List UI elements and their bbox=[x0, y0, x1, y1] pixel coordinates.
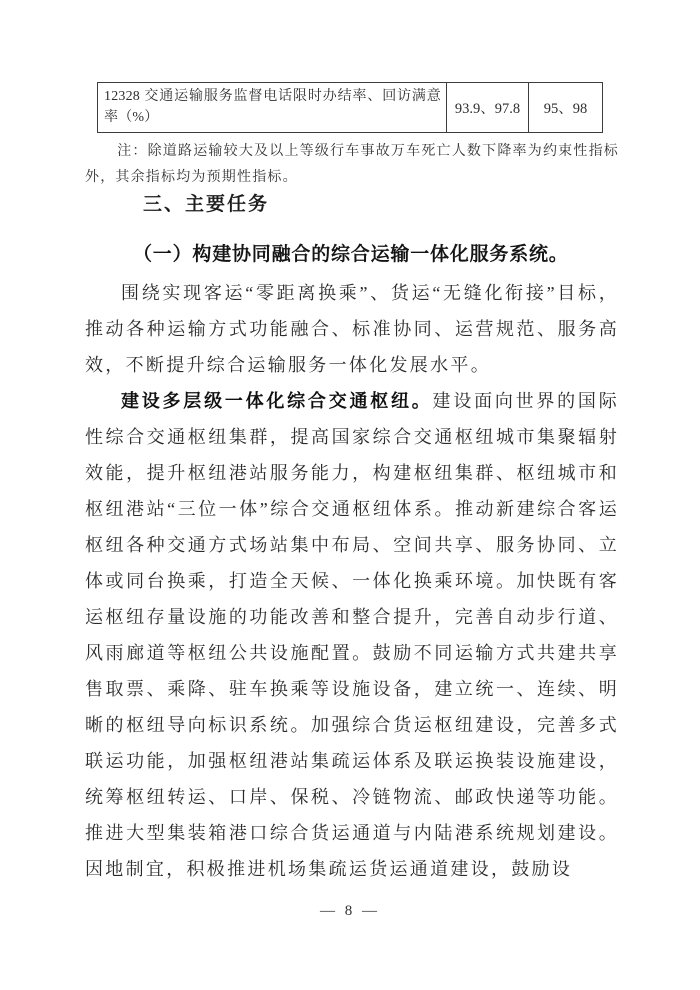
indicator-current-value-cell: 93.9、97.8 bbox=[446, 83, 528, 132]
body-text: 围绕实现客运“零距离换乘”、货运“无缝化衔接”目标，推动各种运输方式功能融合、标… bbox=[85, 275, 619, 887]
paragraph-2-bold-lead: 建设多层级一体化综合交通枢纽。 bbox=[121, 391, 433, 411]
paragraph-2-body: 建设面向世界的国际性综合交通枢纽集群，提高国家综合交通枢纽城市集聚辐射效能，提升… bbox=[85, 391, 619, 879]
page-number: — 8 — bbox=[0, 903, 700, 920]
indicator-table: 12328 交通运输服务监督电话限时办结率、回访满意率（%） 93.9、97.8… bbox=[97, 82, 603, 133]
subsection-heading: （一）构建协同融合的综合运输一体化服务系统。 bbox=[85, 239, 619, 266]
indicator-label-cell: 12328 交通运输服务监督电话限时办结率、回访满意率（%） bbox=[98, 83, 446, 132]
paragraph-2: 建设多层级一体化综合交通枢纽。建设面向世界的国际性综合交通枢纽集群，提高国家综合… bbox=[85, 383, 619, 887]
section-heading: 三、主要任务 bbox=[85, 189, 619, 216]
table-footnote: 注：除道路运输较大及以上等级行车事故万车死亡人数下降率为约束性指标外，其余指标均… bbox=[85, 139, 619, 191]
document-page: 12328 交通运输服务监督电话限时办结率、回访满意率（%） 93.9、97.8… bbox=[0, 0, 700, 990]
paragraph-1: 围绕实现客运“零距离换乘”、货运“无缝化衔接”目标，推动各种运输方式功能融合、标… bbox=[85, 275, 619, 383]
indicator-target-value-cell: 95、98 bbox=[528, 83, 602, 132]
